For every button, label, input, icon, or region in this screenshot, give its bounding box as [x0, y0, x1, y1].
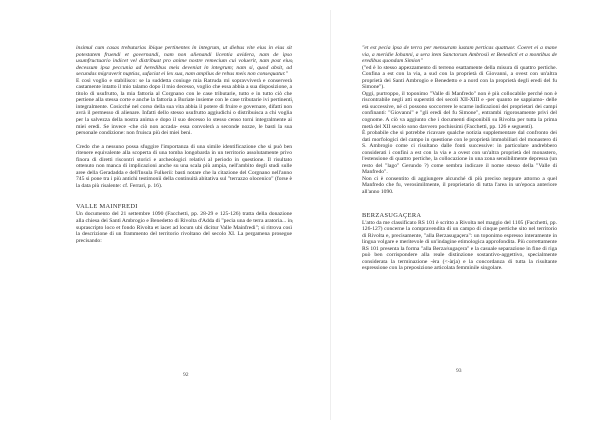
body-paragraph: Non ci è consentito di aggiungere alcunc… — [362, 176, 557, 196]
body-paragraph: Credo che a nessuno possa sfuggire l'imp… — [76, 144, 292, 190]
body-paragraph: È probabile che si potrebbe ricavare qua… — [362, 130, 557, 176]
scan-mark — [292, 220, 293, 223]
book-spread: insimul cum casas trebutarias ibique per… — [0, 0, 600, 426]
scan-mark — [292, 100, 293, 103]
gutter-divider — [330, 10, 331, 420]
body-paragraph: Oggi, purtroppo, il toponimo "Valle di M… — [362, 91, 557, 130]
page-number: 92 — [183, 372, 189, 378]
section-heading: BERZASUGAÇERA — [362, 212, 557, 219]
page-number: 93 — [456, 368, 462, 374]
latin-quote: insimul cum casas trebutarias ibique per… — [76, 45, 292, 78]
latin-quote: "et est pecia ipsa de terra per mensuram… — [362, 45, 557, 65]
left-page: insimul cum casas trebutarias ibique per… — [76, 45, 292, 250]
translation-paragraph: E così voglio e stabilisco: se la suddet… — [76, 78, 292, 137]
right-page: "et est pecia ipsa de terra per mensuram… — [362, 45, 557, 278]
body-paragraph: L'atto da me classificato RS 101 è scrit… — [362, 220, 557, 272]
latin-quote-text: "et est pecia ipsa de terra per mensuram… — [362, 45, 557, 64]
scan-mark — [292, 60, 293, 63]
section-heading: VALLE MAINFREDI — [76, 203, 292, 210]
translation-paragraph: ("ed è lo stesso appezzamento di terreno… — [362, 65, 557, 91]
latin-quote-text: insimul cum casas trebutarias ibique per… — [76, 45, 292, 77]
body-paragraph: Un documento del 21 settembre 1090 (Facc… — [76, 211, 292, 244]
